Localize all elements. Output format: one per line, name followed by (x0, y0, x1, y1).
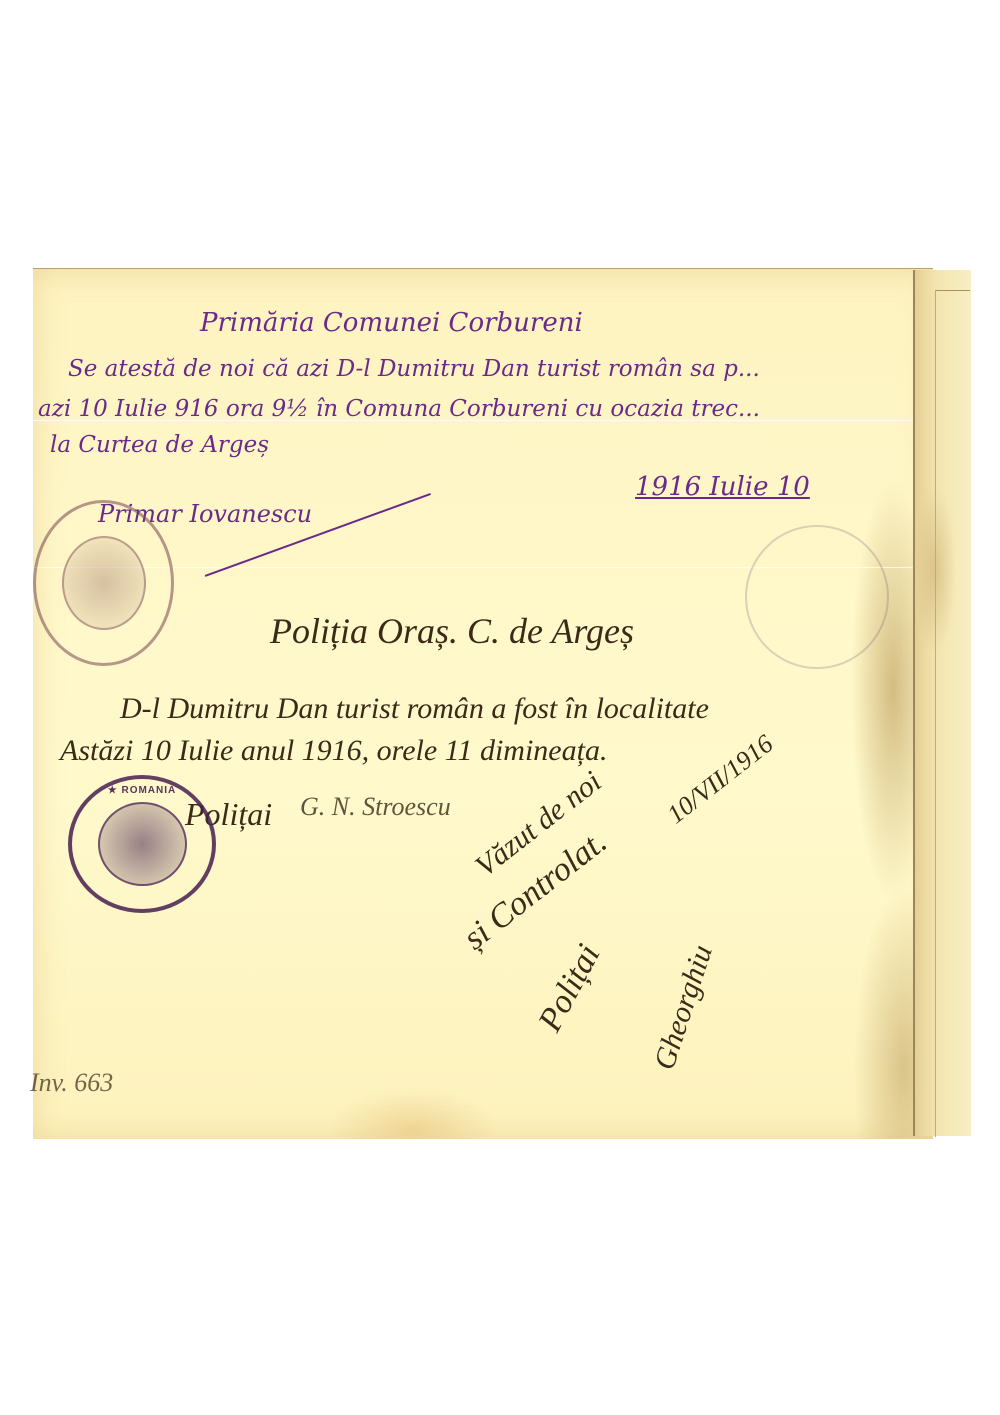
politia-signature-name: G. N. Stroescu (300, 792, 451, 822)
politia-line-2: Astăzi 10 Iulie anul 1916, orele 11 dimi… (60, 734, 607, 768)
primaria-stamp (33, 500, 174, 666)
primaria-line-3: la Curtea de Argeș (50, 432, 269, 458)
primaria-date: 1916 Iulie 10 (635, 472, 810, 502)
politia-line-1: D-l Dumitru Dan turist român a fost în l… (120, 692, 709, 726)
politia-stamp: ★ ROMANIA (68, 775, 216, 913)
primaria-line-1: Se atestă de noi că azi D-l Dumitru Dan … (68, 356, 760, 382)
stamp-ring-text: ★ ROMANIA (108, 785, 177, 796)
politia-heading: Poliția Oraș. C. de Argeș (270, 610, 634, 652)
primaria-heading: Primăria Comunei Corbureni (200, 308, 583, 338)
primaria-line-2: azi 10 Iulie 916 ora 9½ în Comuna Corbur… (38, 396, 760, 422)
coat-of-arms-icon (62, 536, 146, 630)
coat-of-arms-icon (98, 802, 187, 886)
inventory-number: Inv. 663 (30, 1068, 113, 1098)
faint-stamp (745, 525, 889, 669)
attached-paper-edge (935, 290, 970, 1137)
